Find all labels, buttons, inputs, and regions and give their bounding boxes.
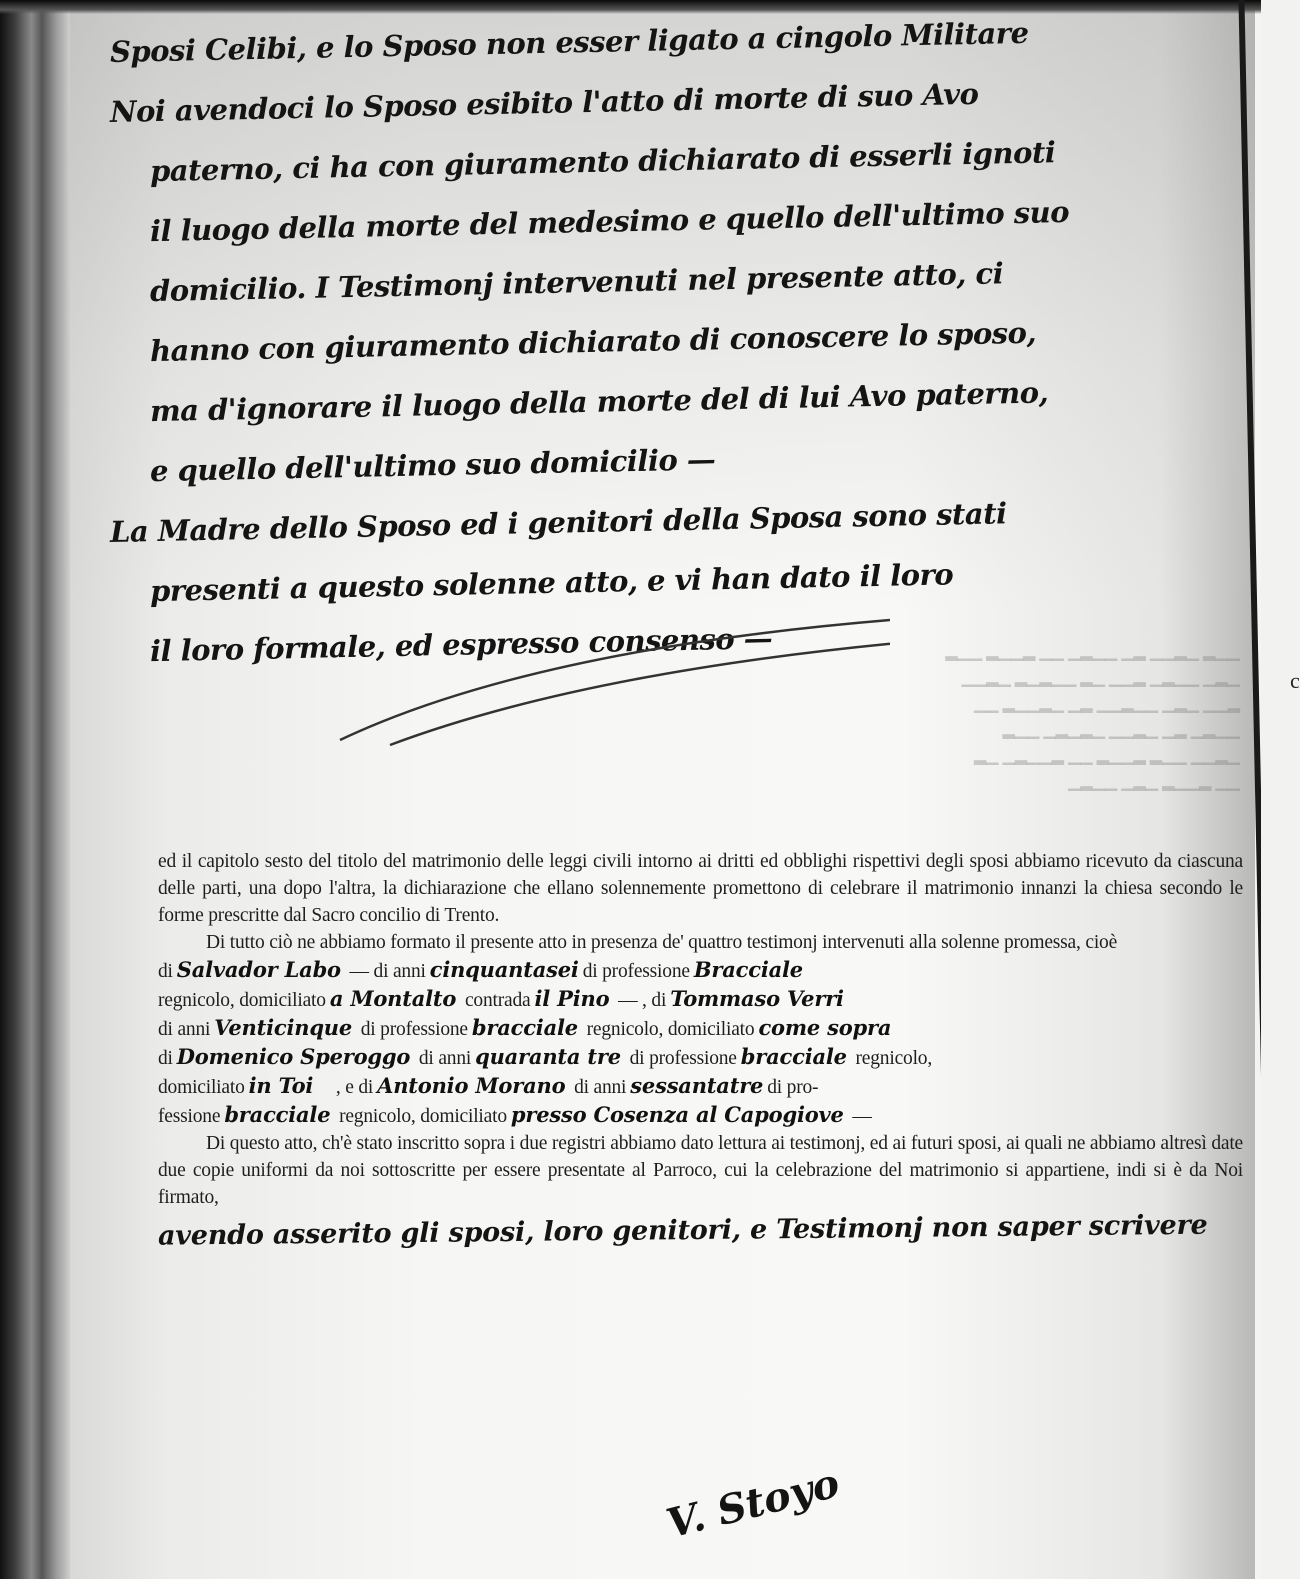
margin-mark: c bbox=[1290, 668, 1300, 694]
facing-page-margin bbox=[1261, 0, 1300, 1579]
witness-age: quaranta tre bbox=[471, 1044, 625, 1069]
witness-profession: bracciale bbox=[468, 1015, 582, 1040]
age-label: di anni bbox=[374, 961, 426, 982]
book-binding-edge bbox=[0, 0, 70, 1579]
bleed-through-text: ▁▁▂ ▁▂▁▁ ▂▁ ▁▁▂▁ ▁▁ ▂▁▁▂ ▁▁▂ ▁▂▁ ▁▁▂▁ ▂▁… bbox=[160, 640, 1240, 840]
witness-prefix: di bbox=[158, 961, 173, 982]
witness-entry-2: di anniVenticinque di professionebraccia… bbox=[158, 1014, 1243, 1043]
witness-entry-3: diDomenico Speroggo di anniquaranta tre … bbox=[158, 1043, 1243, 1072]
witness-profession: Bracciale bbox=[690, 957, 807, 982]
witness-name: Salvador Labo bbox=[173, 957, 345, 982]
witness-entry-4: fessionebracciale regnicolo, domiciliato… bbox=[158, 1101, 1243, 1130]
profession-label: di professione bbox=[583, 961, 690, 982]
witness-residence: in Toi bbox=[245, 1073, 318, 1098]
residence-label: regnicolo, domiciliato bbox=[339, 1106, 507, 1127]
form-paragraph-testimoni-intro: Di tutto ciò ne abbiamo formato il prese… bbox=[158, 929, 1243, 956]
witness-age: Venticinque bbox=[210, 1015, 356, 1040]
witness-residence: come sopra bbox=[754, 1015, 895, 1040]
witness-entry-1-residence: regnicolo, domiciliatoa Montalto contrad… bbox=[158, 985, 1243, 1014]
witness-street: il Pino bbox=[530, 986, 613, 1011]
age-label: di anni bbox=[574, 1077, 626, 1098]
residence-label: regnicolo, domiciliato bbox=[158, 990, 326, 1011]
witness-prefix: , e di bbox=[336, 1077, 373, 1098]
witness-residence: a Montalto bbox=[326, 986, 460, 1011]
witness-age: cinquantasei bbox=[426, 957, 583, 982]
handwritten-closing-note: avendo asserito gli sposi, loro genitori… bbox=[158, 1211, 1243, 1249]
witness-age: sessantatre bbox=[626, 1073, 767, 1098]
witness-entry-1: diSalvador Labo — di annicinquantaseidi … bbox=[158, 956, 1243, 985]
street-label: contrada bbox=[465, 990, 531, 1011]
witness-name: Domenico Speroggo bbox=[173, 1044, 414, 1069]
age-label: di anni bbox=[419, 1048, 471, 1069]
witness-name: Tommaso Verri bbox=[666, 986, 848, 1011]
printed-form: ed il capitolo sesto del titolo del matr… bbox=[158, 848, 1243, 1244]
witness-profession: bracciale bbox=[737, 1044, 851, 1069]
profession-label: di professione bbox=[361, 1019, 468, 1040]
handwritten-note: Sposi Celibi, e lo Sposo non esser ligat… bbox=[110, 22, 1230, 682]
witness-prefix: di bbox=[651, 990, 666, 1011]
witness-entry-3-residence: domiciliatoin Toi , e diAntonio Morano d… bbox=[158, 1072, 1243, 1101]
witness-residence: presso Cosenza al Capogiove bbox=[507, 1102, 848, 1127]
age-label: di anni bbox=[158, 1019, 210, 1040]
witness-profession: bracciale bbox=[220, 1102, 334, 1127]
form-paragraph-lettura: Di questo atto, ch'è stato inscritto sop… bbox=[158, 1130, 1243, 1211]
form-paragraph-dichiarazione: ed il capitolo sesto del titolo del matr… bbox=[158, 848, 1243, 929]
residence-label: regnicolo, domiciliato bbox=[587, 1019, 755, 1040]
witness-name: Antonio Morano bbox=[373, 1073, 569, 1098]
profession-label: di professione bbox=[630, 1048, 737, 1069]
witness-prefix: di bbox=[158, 1048, 173, 1069]
